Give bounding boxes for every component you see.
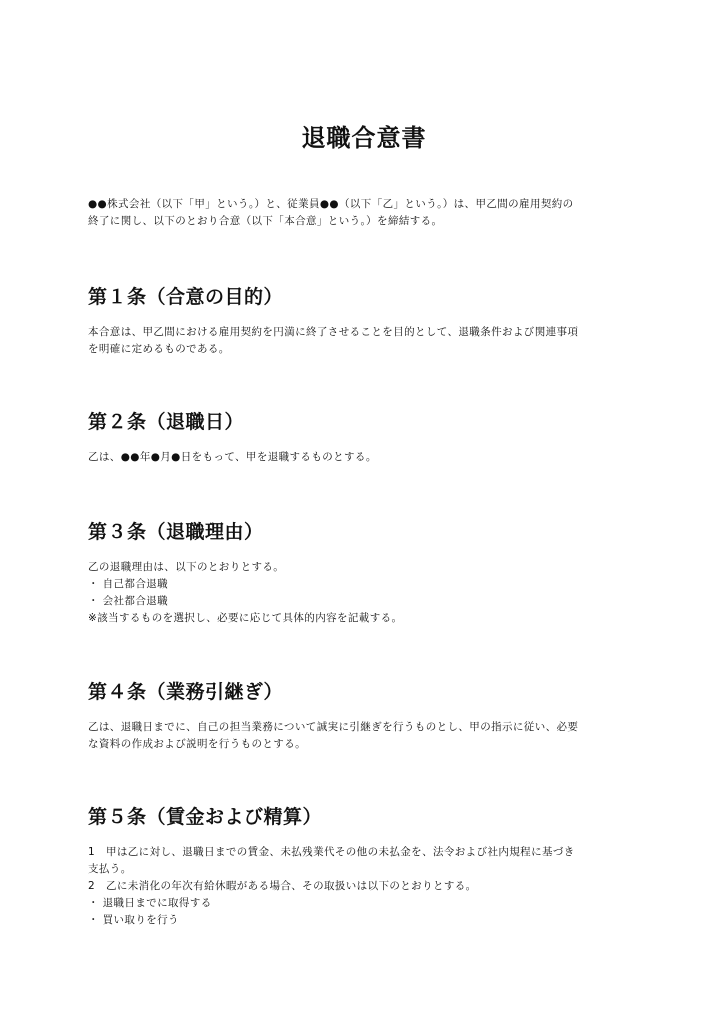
- article-text-line: 本合意は、甲乙間における雇用契約を円満に終了させることを目的として、退職条件およ…: [88, 324, 640, 341]
- article-text-line: 乙の退職理由は、以下のとおりとする。: [88, 559, 640, 576]
- article-text-line: 1 甲は乙に対し、退職日までの賃金、未払残業代その他の未払金を、法令および社内規…: [88, 844, 640, 861]
- preamble: ●●株式会社（以下「甲」という。）と、従業員●●（以下「乙」という。）は、甲乙間…: [88, 196, 640, 230]
- document-title: 退職合意書: [88, 118, 640, 153]
- preamble-line: ●●株式会社（以下「甲」という。）と、従業員●●（以下「乙」という。）は、甲乙間…: [88, 196, 640, 213]
- bullet-item: ・ 会社都合退職: [88, 593, 640, 610]
- article-heading: 第１条（合意の目的）: [88, 284, 640, 310]
- article-text-line: 乙は、●●年●月●日をもって、甲を退職するものとする。: [88, 449, 640, 466]
- article-2: 第２条（退職日） 乙は、●●年●月●日をもって、甲を退職するものとする。: [88, 409, 640, 466]
- article-text-line: な資料の作成および説明を行うものとする。: [88, 736, 640, 753]
- bullet-item: ・ 退職日までに取得する: [88, 895, 640, 912]
- note-line: ※該当するものを選択し、必要に応じて具体的内容を記載する。: [88, 610, 640, 627]
- article-text-line: 乙は、退職日までに、自己の担当業務について誠実に引継ぎを行うものとし、甲の指示に…: [88, 719, 640, 736]
- article-5: 第５条（賃金および精算） 1 甲は乙に対し、退職日までの賃金、未払残業代その他の…: [88, 804, 640, 929]
- bullet-item: ・ 買い取りを行う: [88, 912, 640, 929]
- article-3: 第３条（退職理由） 乙の退職理由は、以下のとおりとする。 ・ 自己都合退職 ・ …: [88, 519, 640, 627]
- article-heading: 第５条（賃金および精算）: [88, 804, 640, 830]
- article-text-line: を明確に定めるものである。: [88, 341, 640, 358]
- article-heading: 第３条（退職理由）: [88, 519, 640, 545]
- bullet-item: ・ 自己都合退職: [88, 576, 640, 593]
- article-1: 第１条（合意の目的） 本合意は、甲乙間における雇用契約を円満に終了させることを目…: [88, 284, 640, 358]
- article-heading: 第４条（業務引継ぎ）: [88, 679, 640, 705]
- preamble-line: 終了に関し、以下のとおり合意（以下「本合意」という。）を締結する。: [88, 213, 640, 230]
- article-4: 第４条（業務引継ぎ） 乙は、退職日までに、自己の担当業務について誠実に引継ぎを行…: [88, 679, 640, 753]
- article-text-line: 2 乙に未消化の年次有給休暇がある場合、その取扱いは以下のとおりとする。: [88, 878, 640, 895]
- article-text-line: 支払う。: [88, 861, 640, 878]
- article-heading: 第２条（退職日）: [88, 409, 640, 435]
